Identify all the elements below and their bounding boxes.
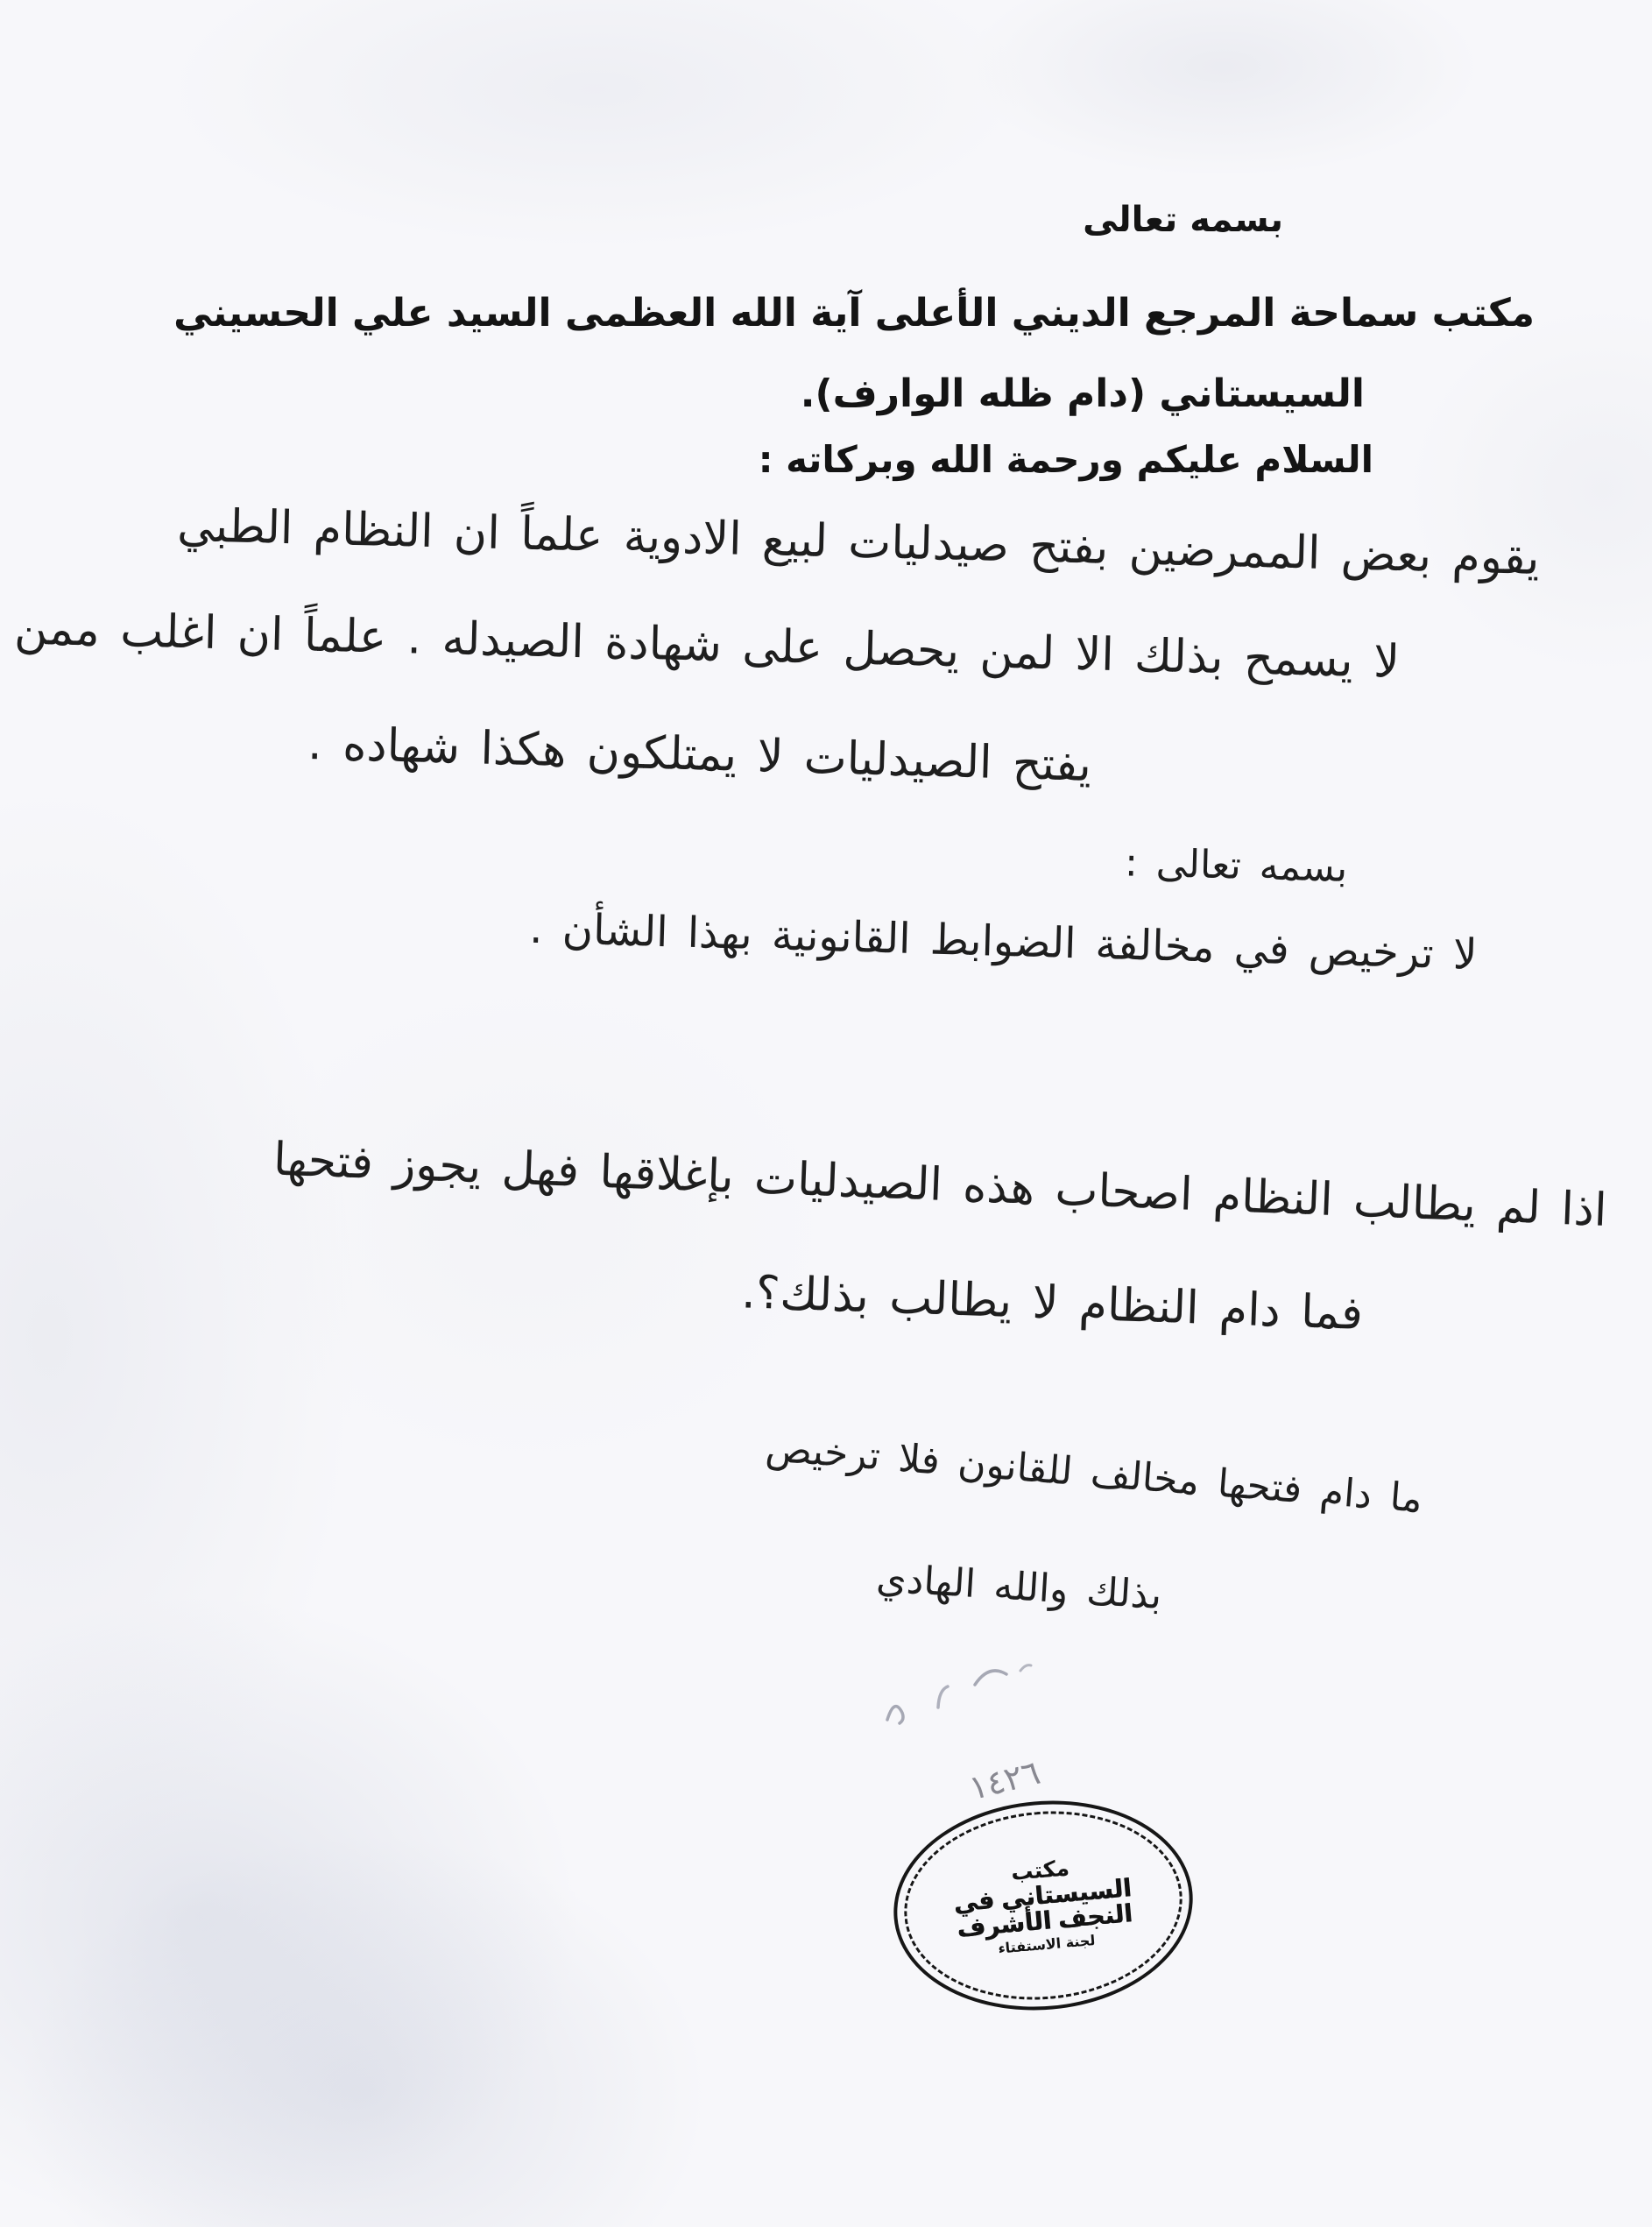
office-header-line2: السيستاني (دام ظله الوارف).: [801, 371, 1365, 416]
basmala-typed: بسمه تعالى: [1083, 200, 1283, 240]
pencil-marks-drawing: [863, 1651, 1055, 1739]
pencil-scribble-marks: [863, 1651, 1055, 1739]
question2-line2: فما دام النظام لا يطالب بذلك؟.: [740, 1266, 1364, 1340]
answer2-line2: بذلك والله الهادي: [875, 1556, 1163, 1618]
answer1-text: لا ترخيص في مخالفة الضوابط القانونية بهذ…: [528, 904, 1477, 979]
question2-line1: اذا لم يطالب النظام اصحاب هذه الصيدليات …: [272, 1134, 1608, 1237]
office-header-line1: مكتب سماحة المرجع الديني الأعلى آية الله…: [173, 291, 1535, 336]
answer1-basmala: بسمه تعالى :: [1124, 840, 1348, 891]
pencil-year-note: ١٤٢٦: [965, 1753, 1044, 1807]
office-stamp: مكتب السيستاني في النجف الأشرف لجنة الاس…: [885, 1789, 1201, 2023]
office-stamp-inner-ring: مكتب السيستاني في النجف الأشرف لجنة الاس…: [896, 1800, 1190, 2011]
stamp-text-middle: السيستاني في النجف الأشرف: [936, 1875, 1150, 1943]
question1-line3: يفتح الصيدليات لا يمتلكون هكذا شهاده .: [307, 718, 1092, 792]
question1-line1: يقوم بعض الممرضين بفتح صيدليات لبيع الاد…: [177, 499, 1541, 585]
answer2-line1: ما دام فتحها مخالف للقانون فلا ترخيص: [765, 1425, 1424, 1522]
salutation-line: السلام عليكم ورحمة الله وبركاته :: [759, 438, 1373, 481]
scanned-letter-page: بسمه تعالى مكتب سماحة المرجع الديني الأع…: [0, 0, 1652, 2227]
question1-line2: لا يسمح بذلك الا لمن يحصل على شهادة الصي…: [14, 602, 1401, 689]
